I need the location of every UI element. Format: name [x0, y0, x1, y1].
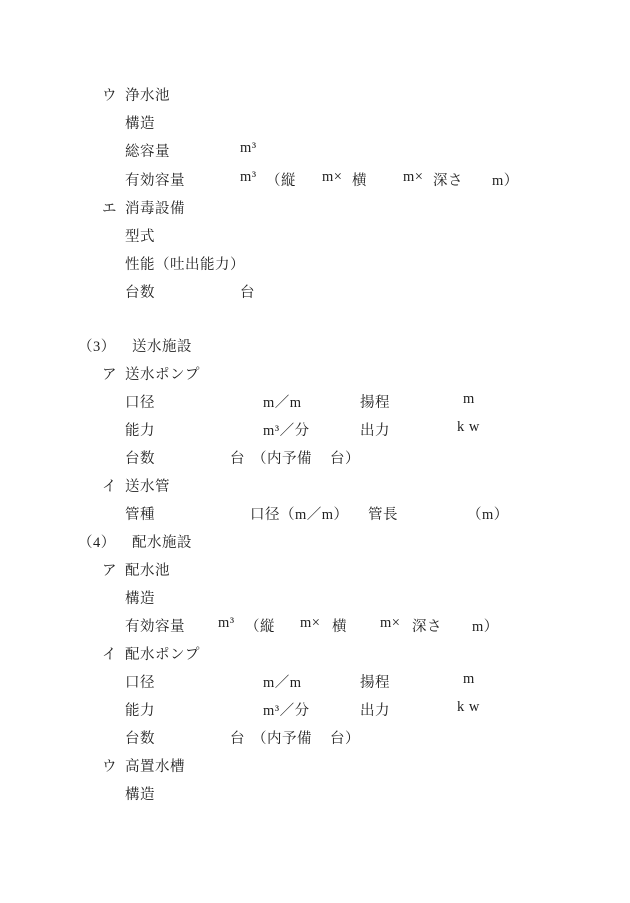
form-line: 能力 m³／分 出力 k w: [0, 699, 630, 719]
field-label: 管種: [125, 503, 155, 524]
item-marker: ウ: [102, 84, 117, 105]
unit-label: m）: [472, 615, 499, 636]
form-line: ア 送水ポンプ: [0, 363, 630, 383]
unit-label: k w: [457, 419, 480, 436]
unit-label: k w: [457, 699, 480, 716]
item-marker: イ: [102, 643, 117, 664]
dimension-label: （縦: [266, 169, 296, 190]
unit-label: m）: [492, 169, 519, 190]
item-marker: ウ: [102, 755, 117, 776]
unit-label: m×: [380, 615, 400, 632]
form-line: 構造: [0, 112, 630, 132]
form-line: エ 消毒設備: [0, 197, 630, 217]
form-line: 総容量 m³: [0, 140, 630, 160]
unit-label: m³／分: [263, 699, 310, 720]
item-marker: ア: [102, 559, 117, 580]
document-page: ウ 浄水池 構造 総容量 m³ 有効容量 m³ （縦 m× 横 m× 深さ m）…: [0, 0, 630, 903]
item-title: 高置水槽: [125, 755, 185, 776]
unit-label: （m）: [467, 503, 509, 524]
form-line: イ 配水ポンプ: [0, 643, 630, 663]
field-label: 有効容量: [125, 615, 185, 636]
field-label: 台数: [125, 281, 155, 302]
unit-label: m／m: [263, 391, 302, 412]
item-title: 送水管: [125, 475, 170, 496]
unit-label: 台: [230, 447, 245, 468]
field-label: 管長: [368, 503, 398, 524]
item-marker: イ: [102, 475, 117, 496]
form-line: ア 配水池: [0, 559, 630, 579]
item-title: 浄水池: [125, 84, 170, 105]
field-label: 構造: [125, 587, 155, 608]
form-line: イ 送水管: [0, 475, 630, 495]
dimension-label: 深さ: [412, 615, 442, 636]
field-label: 揚程: [360, 391, 390, 412]
form-line: 有効容量 m³ （縦 m× 横 m× 深さ m）: [0, 615, 630, 635]
field-label: 性能（吐出能力）: [125, 253, 245, 274]
field-label: 構造: [125, 112, 155, 133]
field-label: 出力: [360, 699, 390, 720]
unit-label: m×: [300, 615, 320, 632]
field-label: 構造: [125, 783, 155, 804]
dimension-label: 横: [352, 169, 367, 190]
form-line: 能力 m³／分 出力 k w: [0, 419, 630, 439]
form-line: （3） 送水施設: [0, 335, 630, 355]
form-line: 構造: [0, 587, 630, 607]
field-label: 台数: [125, 727, 155, 748]
unit-label: m×: [403, 169, 423, 186]
field-label: 台数: [125, 447, 155, 468]
item-title: 消毒設備: [125, 197, 185, 218]
unit-label: 台: [230, 727, 245, 748]
form-line: 型式: [0, 225, 630, 245]
dimension-label: 横: [332, 615, 347, 636]
form-line: 台数 台 （内予備 台）: [0, 447, 630, 467]
form-line: （4） 配水施設: [0, 531, 630, 551]
unit-label: 台）: [330, 727, 360, 748]
field-label: 能力: [125, 419, 155, 440]
unit-label: 台: [240, 281, 255, 302]
unit-label: m: [463, 671, 475, 688]
form-line: 性能（吐出能力）: [0, 253, 630, 273]
dimension-label: （縦: [245, 615, 275, 636]
field-label: 能力: [125, 699, 155, 720]
form-line: 有効容量 m³ （縦 m× 横 m× 深さ m）: [0, 169, 630, 189]
section-number: （4）: [78, 531, 116, 552]
item-marker: ア: [102, 363, 117, 384]
unit-label: m³: [218, 615, 235, 632]
form-line: 台数 台 （内予備 台）: [0, 727, 630, 747]
unit-label: m／m: [263, 671, 302, 692]
form-line: ウ 高置水槽: [0, 755, 630, 775]
form-line: 管種 口径（m／m） 管長 （m）: [0, 503, 630, 523]
unit-label: m: [463, 391, 475, 408]
item-title: 配水ポンプ: [125, 643, 200, 664]
section-title: 送水施設: [132, 335, 192, 356]
field-label: （内予備: [252, 447, 312, 468]
unit-label: 台）: [330, 447, 360, 468]
section-number: （3）: [78, 335, 116, 356]
field-label: 総容量: [125, 140, 170, 161]
field-label: 口径（m／m）: [250, 503, 349, 524]
form-line: ウ 浄水池: [0, 84, 630, 104]
form-line: 構造: [0, 783, 630, 803]
field-label: 有効容量: [125, 169, 185, 190]
item-title: 配水池: [125, 559, 170, 580]
section-title: 配水施設: [132, 531, 192, 552]
form-line: 口径 m／m 揚程 m: [0, 391, 630, 411]
item-marker: エ: [102, 197, 117, 218]
form-line: 台数 台: [0, 281, 630, 301]
unit-label: m³／分: [263, 419, 310, 440]
field-label: （内予備: [252, 727, 312, 748]
field-label: 型式: [125, 225, 155, 246]
field-label: 口径: [125, 391, 155, 412]
unit-label: m×: [322, 169, 342, 186]
field-label: 揚程: [360, 671, 390, 692]
unit-label: m³: [240, 140, 257, 157]
dimension-label: 深さ: [433, 169, 463, 190]
unit-label: m³: [240, 169, 257, 186]
form-line: 口径 m／m 揚程 m: [0, 671, 630, 691]
item-title: 送水ポンプ: [125, 363, 200, 384]
field-label: 出力: [360, 419, 390, 440]
field-label: 口径: [125, 671, 155, 692]
